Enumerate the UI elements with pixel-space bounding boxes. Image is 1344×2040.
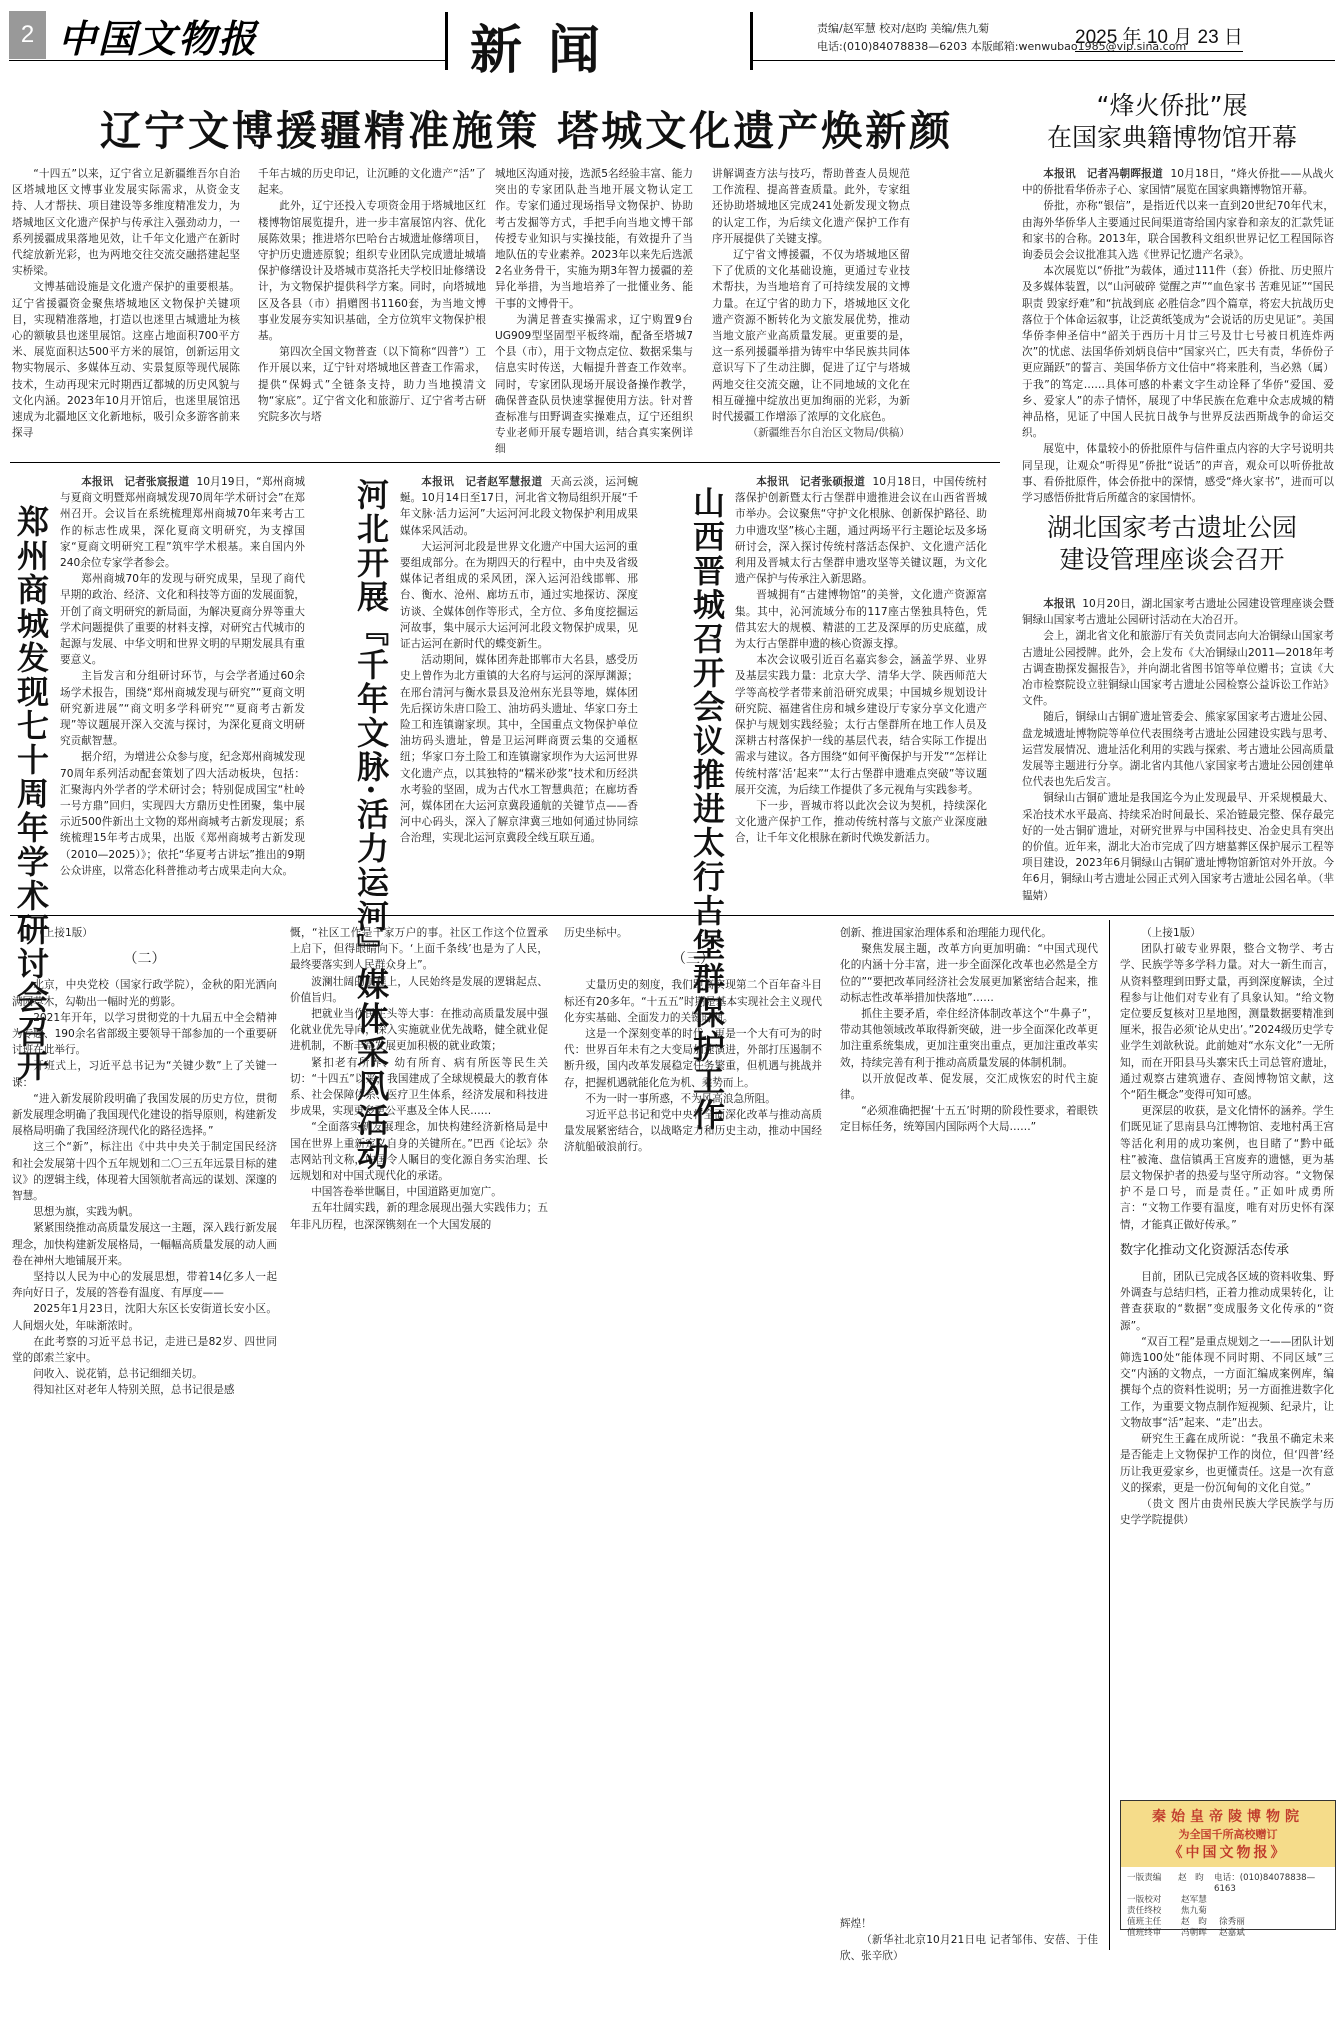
- staff-row: 值班终审冯朝晖赵嘉斌: [1127, 1928, 1329, 1939]
- ad-subtitle: 为全国千所高校赠订: [1121, 1827, 1335, 1843]
- paragraph: 铜绿山古铜矿遗址是我国迄今为止发现最早、开采规模最大、采冶技术水平最高、持续采冶…: [1022, 790, 1334, 903]
- paragraph: 紧紧围绕推动高质量发展这一主题，深入践行新发展理念，加快构建新发展格局，一幅幅高…: [12, 1220, 277, 1269]
- paragraph: 这三个“新”，标注出《中共中央关于制定国民经济和社会发展第十四个五年规划和二〇三…: [12, 1139, 277, 1204]
- headline-line: 湖北国家考古遗址公园: [1000, 512, 1344, 544]
- article-source: （新疆维吾尔自治区文物局/供稿）: [712, 425, 910, 441]
- paragraph: 据介绍，为增进公众参与度，纪念郑州商城发现70周年系列活动配套策划了四大活动板块…: [60, 749, 305, 879]
- staff-row: 值班主任赵 昀徐秀丽: [1127, 1917, 1329, 1928]
- byline: 本报讯 记者张宸报道: [81, 476, 189, 488]
- paragraph: 习近平总书记和党中央将全面深化改革与推动高质量发展紧密结合，以战略定力和历史主动…: [564, 1107, 822, 1156]
- paragraph: 得知社区对老年人特别关照，总书记很是感: [12, 1382, 277, 1398]
- paragraph: 第四次全国文物普查（以下简称“四普”）工作开展以来，辽宁针对塔城地区普查工作需求…: [258, 344, 486, 425]
- issue-date: 2025 年 10 月 23 日: [1075, 22, 1243, 52]
- staff-row: 一版校对赵军慧: [1127, 1895, 1329, 1906]
- headline-line: “烽火侨批”展: [1000, 90, 1344, 122]
- paragraph: 2021年开年，以学习贯彻党的十九届五中全会精神为专题、190余名省部级主要领导…: [12, 1010, 277, 1059]
- paragraph: “十四五”以来，辽宁省立足新疆维吾尔自治区塔城地区文博事业发展实际需求，从资金支…: [12, 166, 240, 279]
- paragraph: 文博基础设施是文化遗产保护的重要根基。辽宁省援疆资金聚焦塔城地区文物保护关键项目…: [12, 279, 240, 441]
- paragraph: 紧扣老有所养、幼有所育、病有所医等民生关切：“十四五”以来，我国建成了全球规模最…: [290, 1055, 548, 1120]
- section-divider: [10, 462, 1000, 463]
- paragraph: 团队打破专业界限，整合文物学、考古学、民族学等多学科力量。对大一新生而言，从资料…: [1120, 941, 1334, 1103]
- paragraph: 研究生王鑫在成所说：“我虽不确定未来是否能走上文物保护工作的岗位，但‘四普’经历…: [1120, 1431, 1334, 1496]
- paragraph: 创新、推进国家治理体系和治理能力现代化。: [840, 925, 1098, 941]
- section-marker: （二）: [12, 951, 277, 967]
- masthead-divider: [445, 12, 448, 70]
- byline: 本报讯: [1043, 598, 1075, 610]
- paragraph: 讲解调查方法与技巧，帮助普查人员规范工作流程、提高普查质量。此外，专家组还协助塔…: [712, 166, 910, 247]
- paragraph: 为满足普查实操需求，辽宁购置9台UG909型坚固型平板终端，配备至塔城7个县（市…: [495, 312, 693, 458]
- paragraph: 城地区沟通对接，选派5名经验丰富、能力突出的专家团队赴当地开展文物认定工作。专家…: [495, 166, 693, 312]
- paragraph: 不为一时一事所惑，不为风高浪急所阻。: [564, 1091, 822, 1107]
- column-rule: [1109, 920, 1110, 1950]
- paragraph: 历史坐标中。: [564, 925, 822, 941]
- article-source: （新华社北京10月21日电 记者邹伟、安蓓、于佳欣、张辛欣）: [840, 1932, 1098, 1964]
- article-shanxi: 本报讯 记者张硕报道 10月18日，中国传统村落保护创新暨太行古堡群申遗推进会议…: [735, 474, 987, 847]
- paragraph: “双百工程”是重点规划之一——团队计划筛选100处“能体现不同时期、不同区域”三…: [1120, 1334, 1334, 1431]
- section-marker: （三）: [564, 951, 822, 967]
- section-divider: [10, 915, 1334, 916]
- article-xinhua-col1: （上接1版） （二） 北京，中央党校（国家行政学院），金秋的阳光洒向满园草木，勾…: [12, 925, 277, 1399]
- paragraph: 抓住主要矛盾，牵住经济体制改革这个“牛鼻子”，带动其他领域改革取得新突破，进一步…: [840, 1006, 1098, 1071]
- article-guizhou: （上接1版） 团队打破专业界限，整合文物学、考古学、民族学等多学科力量。对大一新…: [1120, 925, 1334, 1528]
- paragraph: 郑州商城70年的发现与研究成果，呈现了商代早期的政治、经济、文化和科技等方面的发…: [60, 571, 305, 668]
- paragraph: 本次展览以“侨批”为载体，通过111件（套）侨批、历史照片及多媒体装置，以“山河…: [1022, 263, 1334, 441]
- paragraph: “进入新发展阶段明确了我国发展的历史方位，贯彻新发展理念明确了我国现代化建设的指…: [12, 1091, 277, 1140]
- paragraph: 随后，铜绿山古铜矿遗址管委会、熊家冢国家考古遗址公园、盘龙城遗址博物院等单位代表…: [1022, 709, 1334, 790]
- article-zhengzhou: 本报讯 记者张宸报道 10月19日，“郑州商城与夏商文明暨郑州商城发现70周年学…: [60, 474, 305, 879]
- ad-box: 秦始皇帝陵博物院 为全国千所高校赠订 《中国文物报》 一版责编赵 昀电话：(01…: [1120, 1800, 1336, 1930]
- headline-qiaopi: “烽火侨批”展 在国家典籍博物馆开幕: [1000, 90, 1344, 154]
- paragraph: 五年壮阔实践，新的理念展现出强大实践伟力；五年非凡历程，也深深镌刻在一个大国发展…: [290, 1200, 548, 1232]
- article-liaoning-col3: 城地区沟通对接，选派5名经验丰富、能力突出的专家团队赴当地开展文物认定工作。专家…: [495, 166, 693, 458]
- staff-row: 责任终校焦九菊: [1127, 1906, 1329, 1917]
- paragraph: 在此考察的习近平总书记，走进已是82岁、四世同堂的郎索兰家中。: [12, 1334, 277, 1366]
- continued-from: （上接1版）: [12, 925, 277, 941]
- article-liaoning-col4: 讲解调查方法与技巧，帮助普查人员规范工作流程、提高普查质量。此外，专家组还协助塔…: [712, 166, 910, 441]
- paragraph: 大运河河北段是世界文化遗产中国大运河的重要组成部分。在为期四天的行程中，由中央及…: [400, 539, 638, 652]
- paragraph: 辽宁省文博援疆，不仅为塔城地区留下了优质的文化基础设施，更通过专业技术帮扶，为当…: [712, 247, 910, 425]
- paragraph: 晋城拥有“古建博物馆”的美誉，文化遗产资源富集。其中，沁河流域分布的117座古堡…: [735, 587, 987, 652]
- paragraph: 把就业当作民生头等大事：在推动高质量发展中强化就业优先导向，深入实施就业优先战略…: [290, 1006, 548, 1055]
- ad-title: 秦始皇帝陵博物院: [1121, 1807, 1335, 1827]
- paragraph: 活动期间，媒体团奔赴邯郸市大名县，感受历史上曾作为北方重镇的大名府与运河的深厚渊…: [400, 652, 638, 846]
- paragraph: 丈量历史的刻度，我们距离实现第二个百年奋斗目标还有20多年。“十五五”时期是基本…: [564, 977, 822, 1026]
- paragraph: 目前，团队已完成各区域的资料收集、野外调查与总结归档，正着力推动成果转化，让普查…: [1120, 1269, 1334, 1334]
- paragraph: “全面落实新发展理念，加快构建经济新格局是中国在世界上重新定义自身的关键所在。”…: [290, 1119, 548, 1184]
- paragraph: 下一步，晋城市将以此次会议为契机，持续深化文化遗产保护工作，推动传统村落与文旅产…: [735, 798, 987, 847]
- article-xinhua-col3: 历史坐标中。 （三） 丈量历史的刻度，我们距离实现第二个百年奋斗目标还有20多年…: [564, 925, 822, 1156]
- paragraph: 侨批，亦称“银信”，是指近代以来一直到20世纪70年代末，由海外华侨华人主要通过…: [1022, 198, 1334, 263]
- article-liaoning-col1: “十四五”以来，辽宁省立足新疆维吾尔自治区塔城地区文博事业发展实际需求，从资金支…: [12, 166, 240, 441]
- masthead-rule-left: [9, 60, 448, 61]
- paragraph: 问收入、说花销，总书记细细关切。: [12, 1366, 277, 1382]
- ad-paper: 《中国文物报》: [1121, 1843, 1335, 1863]
- paragraph: 2025年1月23日，沈阳大东区长安街道长安小区。人间烟火处，年味渐浓时。: [12, 1301, 277, 1333]
- article-liaoning-col2: 千年古城的历史印记，让沉睡的文化遗产“活”了起来。 此外，辽宁还投入专项资金用于…: [258, 166, 486, 425]
- article-hubei: 本报讯 10月20日，湖北国家考古遗址公园建设管理座谈会暨铜绿山国家考古遗址公园…: [1022, 596, 1334, 904]
- byline: 本报讯 记者赵军慧报道: [421, 476, 542, 488]
- paragraph: 开班式上，习近平总书记为“关键少数”上了关键一课：: [12, 1058, 277, 1090]
- article-xinhua-col4: 创新、推进国家治理体系和治理能力现代化。 聚焦发展主题，改革方向更加明确：“中国…: [840, 925, 1098, 1964]
- headline-line: 建设管理座谈会召开: [1000, 544, 1344, 576]
- paragraph: 坚持以人民为中心的发展思想，带着14亿多人一起奔向好日子，发展的答卷有温度、有厚…: [12, 1269, 277, 1301]
- paragraph: 这是一个深刻变革的时代，更是一个大有可为的时代：世界百年未有之大变局加速演进，外…: [564, 1026, 822, 1091]
- paragraph: 思想为旗，实践为帆。: [12, 1204, 277, 1220]
- article-qiaopi: 本报讯 记者冯朝晖报道 10月18日，“烽火侨批——从战火中的侨批看华侨赤子心、…: [1022, 166, 1334, 506]
- subheading: 数字化推动文化资源活态传承: [1120, 1243, 1334, 1259]
- paragraph: 本报讯 记者赵军慧报道 天高云淡，运河蜿蜒。10月14日至17日，河北省文物局组…: [400, 474, 638, 539]
- headline-liaoning: 辽宁文博援疆精准施策 塔城文化遗产焕新颜: [100, 98, 953, 157]
- byline: 本报讯 记者冯朝晖报道: [1043, 168, 1163, 180]
- article-hebei: 本报讯 记者赵军慧报道 天高云淡，运河蜿蜒。10月14日至17日，河北省文物局组…: [400, 474, 638, 847]
- paragraph: 慨，“社区工作是千家万户的事。社区工作这个位置承上启下，但得眼睛向下。‘上面千条…: [290, 925, 548, 974]
- paragraph: 此外，辽宁还投入专项资金用于塔城地区红楼博物馆展览提升，进一步丰富展馆内容、优化…: [258, 198, 486, 344]
- section-title: 新闻: [470, 8, 626, 83]
- continued-from: （上接1版）: [1120, 925, 1334, 941]
- paragraph: 更深层的收获，是文化情怀的涵养。学生们既见证了思南县乌江博物馆、麦地村禹王宫等活…: [1120, 1103, 1334, 1233]
- paragraph: 北京，中央党校（国家行政学院），金秋的阳光洒向满园草木，勾勒出一幅时光的剪影。: [12, 977, 277, 1009]
- page-number: 2: [9, 11, 46, 59]
- byline: 本报讯 记者张硕报道: [756, 476, 865, 488]
- paragraph: 本报讯 记者张宸报道 10月19日，“郑州商城与夏商文明暨郑州商城发现70周年学…: [60, 474, 305, 571]
- staff-list: 一版责编赵 昀电话：(010)84078838—6163 一版校对赵军慧 责任终…: [1121, 1867, 1335, 1945]
- paragraph: 本次会议吸引近百名嘉宾参会，涵盖学界、业界及基层实践力量：北京大学、清华大学、陕…: [735, 652, 987, 798]
- paragraph: 会上，湖北省文化和旅游厅有关负责同志向大冶铜绿山国家考古遗址公园授牌。此外，会上…: [1022, 628, 1334, 709]
- article-source: （贵文 图片由贵州民族大学民族学与历史学学院提供）: [1120, 1496, 1334, 1528]
- paragraph: 展览中，体量较小的侨批原件与信件重点内容的大字号说明共同呈现，让观众“听得见”侨…: [1022, 441, 1334, 506]
- masthead-rule-right: [752, 60, 1335, 61]
- paragraph: “必须准确把握‘十五五’时期的阶段性要求，着眼铁定目标任务，统筹国内国际两个大局…: [840, 1103, 1098, 1135]
- headline-line: 在国家典籍博物馆开幕: [1000, 122, 1344, 154]
- paragraph: 聚焦发展主题，改革方向更加明确：“中国式现代化的内涵十分丰富，进一步全面深化改革…: [840, 941, 1098, 1006]
- staff-row: 一版责编赵 昀电话：(010)84078838—6163: [1127, 1873, 1329, 1895]
- paragraph: 波澜壮阔的航程上，人民始终是发展的逻辑起点、价值旨归。: [290, 974, 548, 1006]
- paragraph: 本报讯 记者张硕报道 10月18日，中国传统村落保护创新暨太行古堡群申遗推进会议…: [735, 474, 987, 587]
- paragraph: 本报讯 10月20日，湖北国家考古遗址公园建设管理座谈会暨铜绿山国家考古遗址公园…: [1022, 596, 1334, 628]
- paragraph: 本报讯 记者冯朝晖报道 10月18日，“烽火侨批——从战火中的侨批看华侨赤子心、…: [1022, 166, 1334, 198]
- paragraph: 中国答卷举世瞩目，中国道路更加宽广。: [290, 1184, 548, 1200]
- paragraph: 千年古城的历史印记，让沉睡的文化遗产“活”了起来。: [258, 166, 486, 198]
- paper-logo: 中国文物报: [58, 8, 258, 63]
- ad-banner: 秦始皇帝陵博物院 为全国千所高校赠订 《中国文物报》: [1121, 1801, 1335, 1867]
- article-xinhua-col2: 慨，“社区工作是千家万户的事。社区工作这个位置承上启下，但得眼睛向下。‘上面千条…: [290, 925, 548, 1233]
- masthead-divider: [750, 12, 753, 70]
- paragraph: 以开放促改革、促发展，交汇成恢宏的时代主旋律。: [840, 1071, 1098, 1103]
- paragraph: 辉煌！: [840, 1916, 1098, 1932]
- headline-hubei: 湖北国家考古遗址公园 建设管理座谈会召开: [1000, 512, 1344, 576]
- paragraph: 主旨发言和分组研讨环节，与会学者通过60余场学术报告，围绕“郑州商城发现与研究”…: [60, 668, 305, 749]
